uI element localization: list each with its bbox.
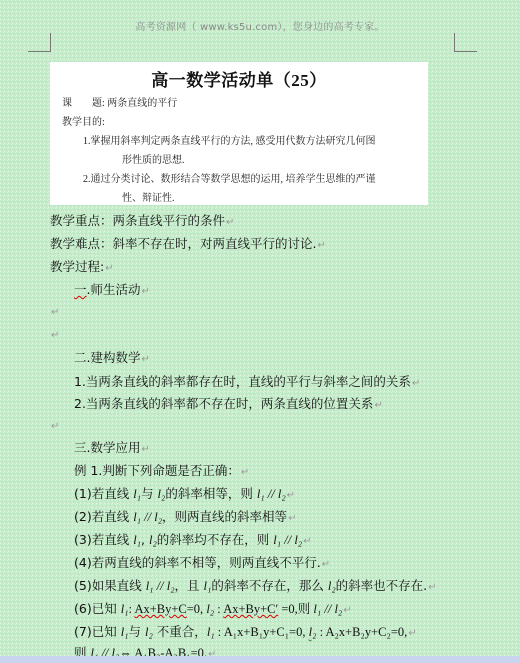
- example-1-heading: 例 1.判断下列命题是否正确：↵: [74, 461, 249, 479]
- goal-label: 教学目的:: [62, 113, 105, 128]
- goal-2-line-1: 2.通过分类讨论、数形结合等数学思想的运用, 培养学生思维的严谨: [83, 170, 376, 185]
- difficulty: 教学难点：斜率不存在时，对两直线平行的讨论.↵: [50, 234, 326, 252]
- spellcheck-mark: Ax+By+C′: [223, 602, 278, 616]
- question-2: (2)若直线 l₁ // l₂，则两直线的斜率相等↵: [74, 507, 296, 525]
- embedded-image-activity-sheet[interactable]: 高一数学活动单（25） 课 题: 两条直线的平行 教学目的: 1.掌握用斜率判定…: [50, 62, 428, 205]
- question-5: (5)如果直线 l₁ // l₂，且 l₁的斜率不存在，那么 l₂的斜率也不存在…: [74, 576, 437, 594]
- spellcheck-mark: Ax+By+C: [134, 602, 186, 616]
- question-6: (6)已知 l₁: Ax+By+C=0, l₂ : Ax+By+C′ =0,则 …: [74, 599, 352, 617]
- process-heading: 教学过程:↵: [50, 257, 114, 275]
- empty-paragraph: ↵: [50, 326, 59, 341]
- page-header: 高考资源网（ www.ks5u.com），您身边的高考专家。: [0, 18, 520, 33]
- empty-paragraph: ↵: [50, 417, 59, 432]
- margin-corner-mark-right: [454, 33, 477, 52]
- page-bottom-edge: [0, 656, 520, 663]
- section-2-item-1: 1.当两条直线的斜率都存在时，直线的平行与斜率之间的关系↵: [74, 372, 420, 390]
- goal-1-line-2: 形性质的思想.: [122, 151, 185, 166]
- topic-value: 两条直线的平行: [107, 98, 177, 109]
- key-point: 教学重点：两条直线平行的条件↵: [50, 211, 234, 229]
- section-2-heading: 二.建构数学↵: [74, 348, 150, 366]
- question-1: (1)若直线 l₁与 l₂的斜率相等，则 l₁ // l₂↵: [74, 484, 295, 502]
- question-4: (4)若两直线的斜率不相等，则两直线不平行.↵: [74, 553, 330, 571]
- section-2-item-2: 2.当两条直线的斜率都不存在时，两条直线的位置关系↵: [74, 394, 383, 412]
- section-1-heading: 一.师生活动↵: [74, 280, 150, 298]
- spellcheck-mark: 一: [74, 282, 87, 297]
- goal-2-line-2: 性、辩证性.: [122, 189, 175, 204]
- section-3-heading: 三.数学应用↵: [74, 438, 150, 456]
- topic-label: 课 题:: [62, 98, 105, 109]
- sheet-title: 高一数学活动单（25）: [50, 66, 428, 91]
- goal-1-line-1: 1.掌握用斜率判定两条直线平行的方法, 感受用代数方法研究几何图: [83, 132, 376, 147]
- question-7: (7)已知 l₁与 l₂ 不重合，l₁ : A₁x+B₁y+C₁=0, l₂ :…: [74, 622, 417, 640]
- empty-paragraph: ↵: [50, 303, 59, 318]
- question-3: (3)若直线 l₁, l₂的斜率均不存在，则 l₁ // l₂↵: [74, 530, 312, 548]
- margin-corner-mark-left: [28, 33, 51, 52]
